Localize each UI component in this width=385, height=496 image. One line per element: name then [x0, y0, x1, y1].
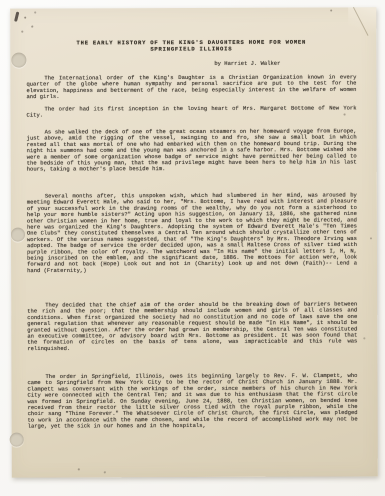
- pencil-mark: [14, 11, 19, 21]
- scanned-page: THE EARLY HISTORY OF THE KING'S DAUGHTER…: [10, 7, 378, 477]
- ink-speck: [31, 26, 33, 28]
- ink-speck: [34, 12, 36, 14]
- ink-speck: [363, 337, 365, 339]
- paragraph-springfield: The order in Springfield, Illinois, owes…: [27, 373, 357, 430]
- paragraph-ocean-steamer: As she walked the deck of one of the gre…: [27, 128, 357, 173]
- page-title-line2: SPRINGFIELD ILLINOIS: [26, 46, 356, 54]
- page-title: THE EARLY HISTORY OF THE KING'S DAUGHTER…: [26, 39, 356, 53]
- byline: by Harriet J. Walker: [214, 61, 280, 67]
- paragraph-founding: Several months after, this unspoken wish…: [27, 192, 357, 274]
- paragraph-chief-aim: They decided that the chief aim of the o…: [27, 301, 357, 352]
- ink-speck: [370, 237, 372, 239]
- ink-speck: [21, 31, 23, 33]
- hole-punch-top: [11, 53, 26, 68]
- typewritten-text-block: THE EARLY HISTORY OF THE KING'S DAUGHTER…: [26, 37, 358, 474]
- hole-punch-bottom: [10, 433, 24, 447]
- paragraph-inception: The order had its first inception in the…: [27, 105, 357, 119]
- ink-speck: [330, 10, 332, 12]
- hole-punch-middle: [11, 228, 25, 242]
- ink-speck: [24, 17, 26, 19]
- paragraph-introduction: The International order of the King's Da…: [26, 74, 356, 100]
